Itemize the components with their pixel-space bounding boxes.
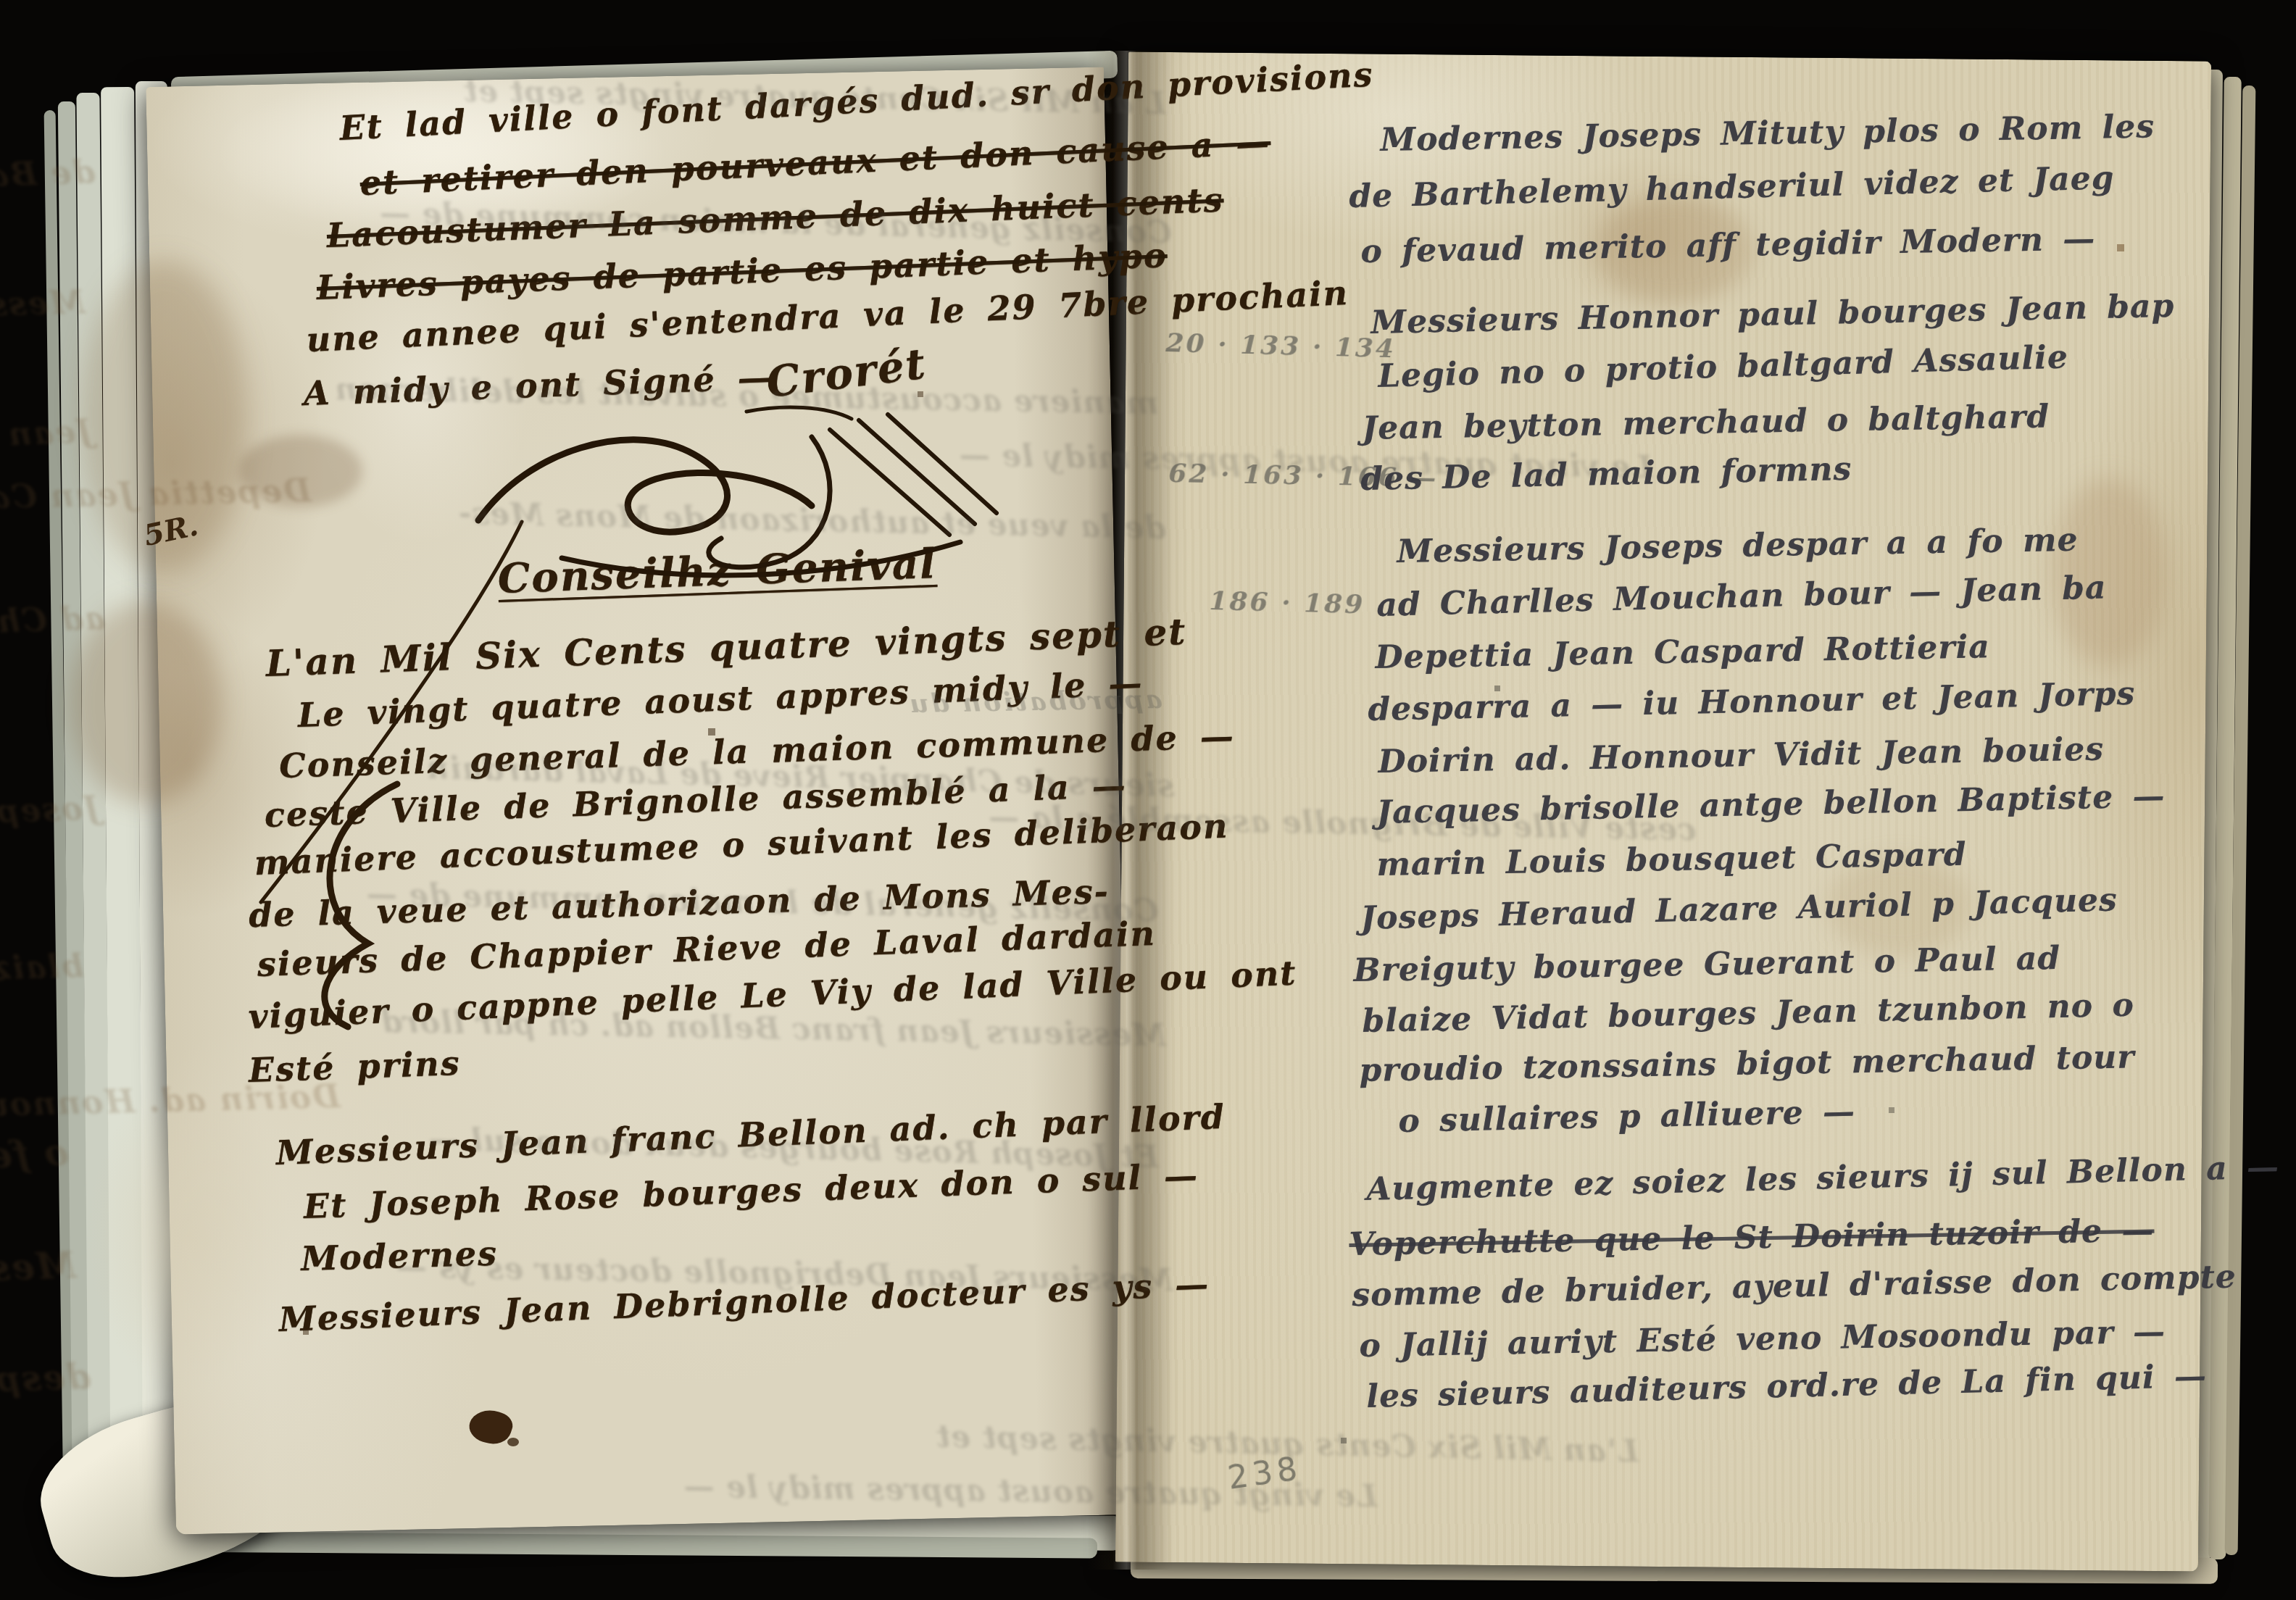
manuscript-line: Esté prins xyxy=(248,1043,461,1090)
manuscript-photo: de Barthelemy handseriul videz et Jaeg M… xyxy=(0,0,2296,1600)
bleedthrough-number: 20 · 133 · 134 xyxy=(1165,328,1397,364)
bleedthrough-number: approbation du xyxy=(907,684,1162,719)
bleedthrough-number: 186 · 189 xyxy=(1209,586,1365,620)
dust-specks xyxy=(0,0,3,3)
